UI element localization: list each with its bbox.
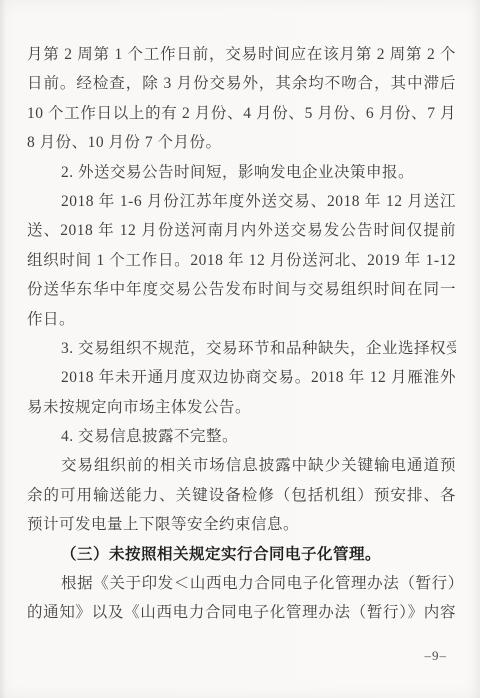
text-line: 2018 年 1-6 月份江苏年度外送交易、2018 年 12 月送江苏外 [27, 187, 456, 216]
text-line: 4. 交易信息披露不完整。 [27, 422, 456, 451]
text-line: 余的可用输送能力、关键设备检修（包括机组）预安排、各机组 [27, 481, 456, 510]
text-line: 3. 交易组织不规范，交易环节和品种缺失，企业选择权受限。 [27, 334, 456, 363]
text-line: 2. 外送交易公告时间短，影响发电企业决策申报。 [27, 158, 456, 187]
text-line: （三）未按照相关规定实行合同电子化管理。 [27, 540, 456, 569]
document-text: 月第 2 周第 1 个工作日前，交易时间应在该月第 2 周第 2 个工作日前。经… [27, 40, 456, 628]
page-number: –9– [425, 648, 448, 664]
text-line: 作日。 [27, 305, 456, 334]
document-page: 月第 2 周第 1 个工作日前，交易时间应在该月第 2 周第 2 个工作日前。经… [0, 0, 480, 698]
text-line: 预计可发电量上下限等安全约束信息。 [27, 510, 456, 539]
text-line: 2018 年未开通月度双边协商交易。2018 年 12 月雁淮外送交 [27, 363, 456, 392]
text-line: 根据《关于印发＜山西电力合同电子化管理办法（暂行）＞ [27, 569, 456, 598]
text-line: 易未按规定向市场主体发公告。 [27, 393, 456, 422]
text-line: 组织时间 1 个工作日。2018 年 12 月份送河北、2019 年 1-12 … [27, 246, 456, 275]
text-line: 10 个工作日以上的有 2 月份、4 月份、5 月份、6 月份、7 月份、 [27, 99, 456, 128]
text-line: 的通知》以及《山西电力合同电子化管理办法（暂行）》内容要求， [27, 598, 456, 627]
text-line: 份送华东华中年度交易公告发布时间与交易组织时间在同一工 [27, 275, 456, 304]
text-line: 日前。经检查，除 3 月份交易外，其余均不吻合，其中滞后时间 [27, 69, 456, 98]
text-line: 8 月份、10 月份 7 个月份。 [27, 128, 456, 157]
text-line: 送、2018 年 12 月份送河南月内外送交易发公告时间仅提前交易 [27, 216, 456, 245]
text-line: 交易组织前的相关市场信息披露中缺少关键输电通道预计剩 [27, 451, 456, 480]
text-line: 月第 2 周第 1 个工作日前，交易时间应在该月第 2 周第 2 个工作 [27, 40, 456, 69]
